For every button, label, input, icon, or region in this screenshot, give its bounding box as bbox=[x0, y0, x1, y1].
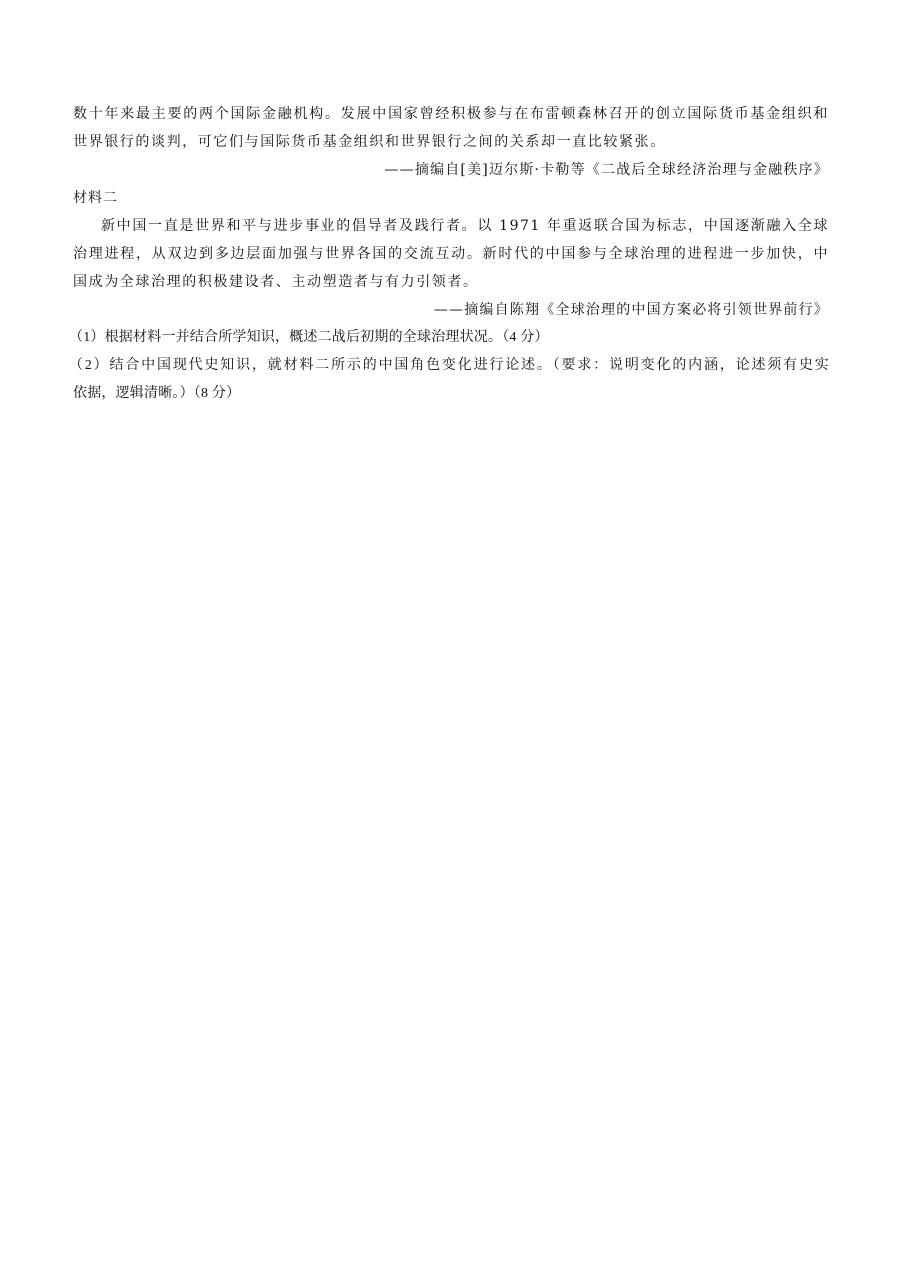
question-text: 根据材料一并结合所学知识，概述二战后初期的全球治理状况。（4 分） bbox=[105, 330, 549, 345]
question-number: （1） bbox=[69, 330, 105, 345]
question-2: （2）结合中国现代史知识，就材料二所示的中国角色变化进行论述。（要求：说明变化的… bbox=[69, 352, 829, 380]
exam-page: 数十年来最主要的两个国际金融机构。发展中国家曾经积极参与在布雷顿森林召开的创立国… bbox=[73, 100, 829, 408]
question-text: 结合中国现代史知识，就材料二所示的中国角色变化进行论述。（要求：说明变化的内涵，… bbox=[110, 358, 830, 373]
material-two-line: 治理进程，从双边到多边层面加强与世界各国的交流互动。新时代的中国参与全球治理的进… bbox=[73, 240, 829, 268]
material-two: 材料二 新中国一直是世界和平与进步事业的倡导者及践行者。以 1971 年重返联合… bbox=[73, 184, 829, 324]
material-two-line: 国成为全球治理的积极建设者、主动塑造者与有力引领者。 bbox=[73, 268, 829, 296]
question-2-continued: 依据，逻辑清晰。）（8 分） bbox=[73, 380, 829, 408]
material-one-line: 数十年来最主要的两个国际金融机构。发展中国家曾经积极参与在布雷顿森林召开的创立国… bbox=[73, 100, 829, 128]
material-one-line: 世界银行的谈判，可它们与国际货币基金组织和世界银行之间的关系却一直比较紧张。 bbox=[73, 128, 829, 156]
question-1: （1）根据材料一并结合所学知识，概述二战后初期的全球治理状况。（4 分） bbox=[69, 324, 829, 352]
material-one-source: ——摘编自[美]迈尔斯·卡勒等《二战后全球经济治理与金融秩序》 bbox=[73, 156, 829, 184]
questions: （1）根据材料一并结合所学知识，概述二战后初期的全球治理状况。（4 分） （2）… bbox=[73, 324, 829, 408]
material-two-label: 材料二 bbox=[73, 184, 829, 212]
question-number: （2） bbox=[69, 358, 110, 373]
material-one: 数十年来最主要的两个国际金融机构。发展中国家曾经积极参与在布雷顿森林召开的创立国… bbox=[73, 100, 829, 184]
material-two-line: 新中国一直是世界和平与进步事业的倡导者及践行者。以 1971 年重返联合国为标志… bbox=[73, 212, 829, 240]
material-two-source: ——摘编自陈翔《全球治理的中国方案必将引领世界前行》 bbox=[73, 296, 829, 324]
